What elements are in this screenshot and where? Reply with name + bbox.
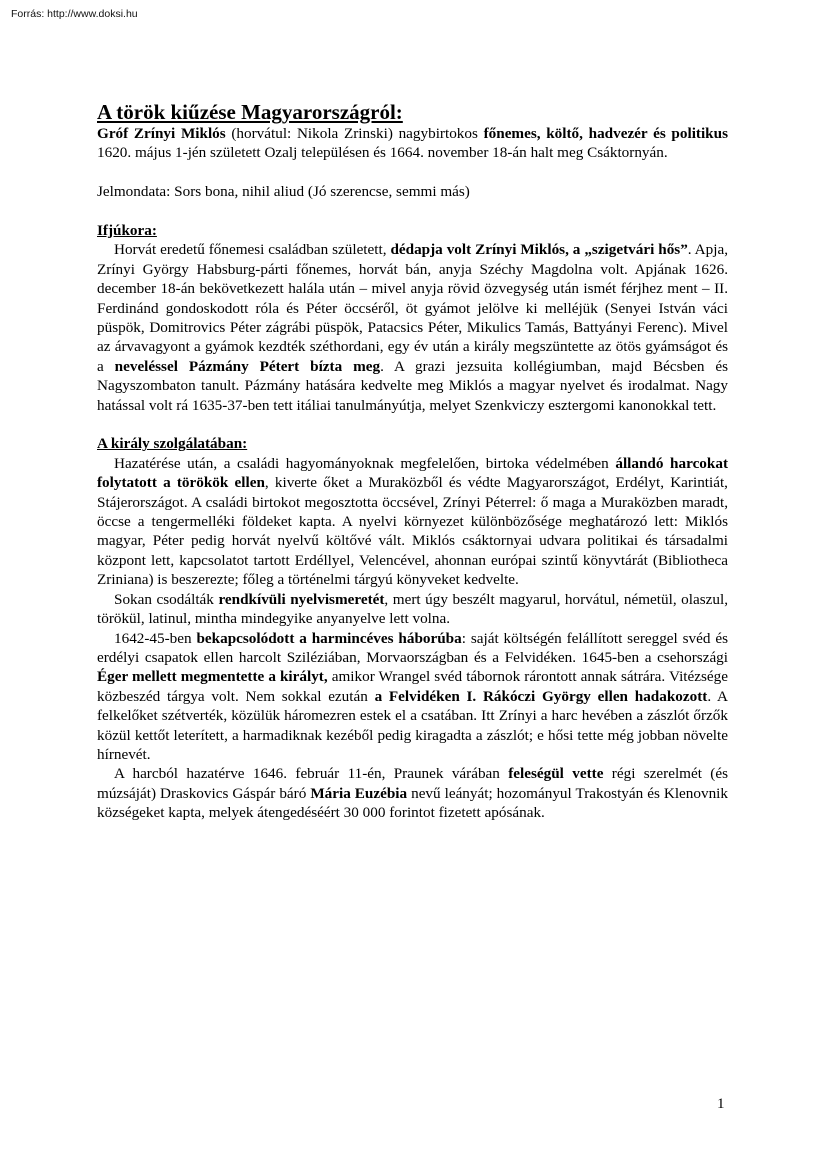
bold-run: rendkívüli nyelvismeretét	[218, 591, 384, 608]
service-paragraph-4: A harcból hazatérve 1646. február 11-én,…	[97, 764, 728, 822]
bold-run: Mária Euzébia	[310, 785, 407, 802]
bold-run: a Felvidéken I. Rákóczi György ellen had…	[375, 688, 708, 705]
document-page: A török kiűzése Magyarországról: Gróf Zr…	[97, 100, 728, 823]
text-run: . Apja, Zrínyi György Habsburg-párti főn…	[97, 241, 728, 374]
intro-bold-2: főnemes, költő, hadvezér és politikus	[484, 125, 728, 142]
spacer	[97, 202, 728, 221]
spacer	[97, 415, 728, 434]
motto-paragraph: Jelmondata: Sors bona, nihil aliud (Jó s…	[97, 182, 728, 201]
service-paragraph-3: 1642-45-ben bekapcsolódott a harmincéves…	[97, 629, 728, 765]
bold-run: dédapja volt Zrínyi Miklós, a „szigetvár…	[390, 241, 687, 258]
text-run: Horvát eredetű főnemesi családban szület…	[114, 241, 390, 258]
text-run: A harcból hazatérve 1646. február 11-én,…	[114, 765, 508, 782]
page-number: 1	[717, 1096, 725, 1113]
intro-paragraph: Gróf Zrínyi Miklós (horvátul: Nikola Zri…	[97, 124, 728, 163]
intro-bold-1: Gróf Zrínyi Miklós	[97, 125, 226, 142]
spacer	[97, 163, 728, 182]
section-heading-service: A király szolgálatában:	[97, 434, 728, 453]
text-run: Sokan csodálták	[114, 591, 218, 608]
document-title: A török kiűzése Magyarországról:	[97, 100, 728, 124]
bold-run: bekapcsolódott a harmincéves háborúba	[196, 630, 461, 647]
source-watermark: Forrás: http://www.doksi.hu	[11, 8, 138, 20]
text-run: , kiverte őket a Muraközből és védte Mag…	[97, 474, 728, 588]
section-heading-youth: Ifjúkora:	[97, 221, 728, 240]
service-paragraph-1: Hazatérése után, a családi hagyományokna…	[97, 454, 728, 590]
bold-run: Éger mellett megmentette a királyt,	[97, 668, 328, 685]
intro-text-1: (horvátul: Nikola Zrinski) nagybirtokos	[226, 125, 484, 142]
bold-run: feleségül vette	[508, 765, 603, 782]
text-run: 1642-45-ben	[114, 630, 196, 647]
text-run: Hazatérése után, a családi hagyományokna…	[114, 455, 615, 472]
bold-run: neveléssel Pázmány Pétert bízta meg	[115, 358, 380, 375]
service-paragraph-2: Sokan csodálták rendkívüli nyelvismereté…	[97, 590, 728, 629]
youth-paragraph: Horvát eredetű főnemesi családban szület…	[97, 240, 728, 415]
intro-text-2: 1620. május 1-jén született Ozalj telepü…	[97, 144, 668, 161]
